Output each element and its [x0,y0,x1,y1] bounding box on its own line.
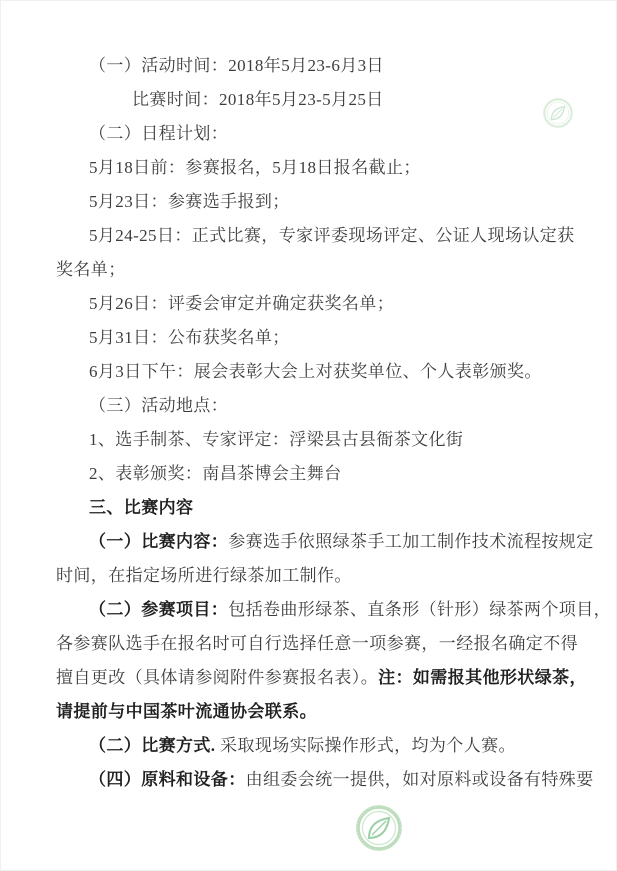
bold-text-segment: 请提前与中国茶叶流通协会联系。 [56,702,317,721]
text-line: （三）活动地点： [56,389,608,423]
text-line: （一）活动时间：2018年5月23-6月3日 [56,49,608,83]
text-line: 1、选手制茶、专家评定：浮梁县古县衙茶文化街 [56,423,608,457]
text-segment: 采取现场实际操作形式，均为个人赛。 [220,736,516,755]
text-line: 5月18日前：参赛报名，5月18日报名截止； [56,151,608,185]
text-line: 5月26日：评委会审定并确定获奖名单； [56,287,608,321]
text-line: （四）原料和设备：由组委会统一提供，如对原料或设备有特殊要 [56,763,608,797]
text-line: 5月24-25日：正式比赛，专家评委现场评定、公证人现场认定获 [56,219,608,253]
text-line: （二）日程计划： [56,117,608,151]
text-segment: 各参赛队选手在报名时可自行选择任意一项参赛，一经报名确定不得 [56,634,578,653]
leaf-seal-watermark-bottom [356,805,402,851]
bold-text-segment: （一）比赛内容： [89,532,228,551]
text-segment: （三）活动地点： [89,396,228,415]
text-segment: 参赛选手依照绿茶手工加工制作技术流程按规定 [228,532,593,551]
text-segment: （二）日程计划： [89,124,228,143]
text-segment: 比赛时间：2018年5月23-5月25日 [132,90,384,109]
text-line: 6月3日下午：展会表彰大会上对获奖单位、个人表彰颁奖。 [56,355,608,389]
text-line: （二）比赛方式. 采取现场实际操作形式，均为个人赛。 [56,729,608,763]
bold-text-segment: （四）原料和设备： [89,770,246,789]
text-line: 5月31日：公布获奖名单； [56,321,608,355]
text-segment: 5月31日：公布获奖名单； [89,328,290,347]
text-segment: 包括卷曲形绿茶、直条形（针形）绿茶两个项目， [228,600,611,619]
text-segment: 5月26日：评委会审定并确定获奖名单； [89,294,394,313]
text-segment: 5月23日：参赛选手报到； [89,192,290,211]
text-segment: 1、选手制茶、专家评定：浮梁县古县衙茶文化街 [89,430,463,449]
document-content: （一）活动时间：2018年5月23-6月3日比赛时间：2018年5月23-5月2… [56,49,608,797]
text-line: （二）参赛项目：包括卷曲形绿茶、直条形（针形）绿茶两个项目， [56,593,608,627]
text-line: 5月23日：参赛选手报到； [56,185,608,219]
text-line: 比赛时间：2018年5月23-5月25日 [56,83,608,117]
leaf-icon [369,818,389,838]
text-line: 2、表彰颁奖：南昌茶博会主舞台 [56,457,608,491]
text-segment: 2、表彰颁奖：南昌茶博会主舞台 [89,464,342,483]
document-page: （一）活动时间：2018年5月23-6月3日比赛时间：2018年5月23-5月2… [0,0,617,871]
bold-text-segment: 三、比赛内容 [89,498,193,517]
text-segment: （一）活动时间：2018年5月23-6月3日 [89,56,384,75]
text-line: 三、比赛内容 [56,491,608,525]
text-line: （一）比赛内容：参赛选手依照绿茶手工加工制作技术流程按规定 [56,525,608,559]
text-segment: 擅自更改（具体请参阅附件参赛报名表）。 [56,668,378,687]
text-segment: 6月3日下午：展会表彰大会上对获奖单位、个人表彰颁奖。 [89,362,542,381]
text-segment: 时间，在指定场所进行绿茶加工制作。 [56,566,352,585]
text-segment: 奖名单； [56,260,126,279]
text-line: 奖名单； [56,253,608,287]
text-line: 各参赛队选手在报名时可自行选择任意一项参赛，一经报名确定不得 [56,627,608,661]
text-line: 擅自更改（具体请参阅附件参赛报名表）。注：如需报其他形状绿茶， [56,661,608,695]
text-segment: 由组委会统一提供，如对原料或设备有特殊要 [246,770,594,789]
text-line: 请提前与中国茶叶流通协会联系。 [56,695,608,729]
bold-text-segment: （二）参赛项目： [89,600,228,619]
text-segment: 5月18日前：参赛报名，5月18日报名截止； [89,158,421,177]
bold-text-segment: （二）比赛方式. [89,736,220,755]
bold-text-segment: 注：如需报其他形状绿茶， [378,668,587,687]
text-segment: 5月24-25日：正式比赛，专家评委现场评定、公证人现场认定获 [89,226,575,245]
text-line: 时间，在指定场所进行绿茶加工制作。 [56,559,608,593]
